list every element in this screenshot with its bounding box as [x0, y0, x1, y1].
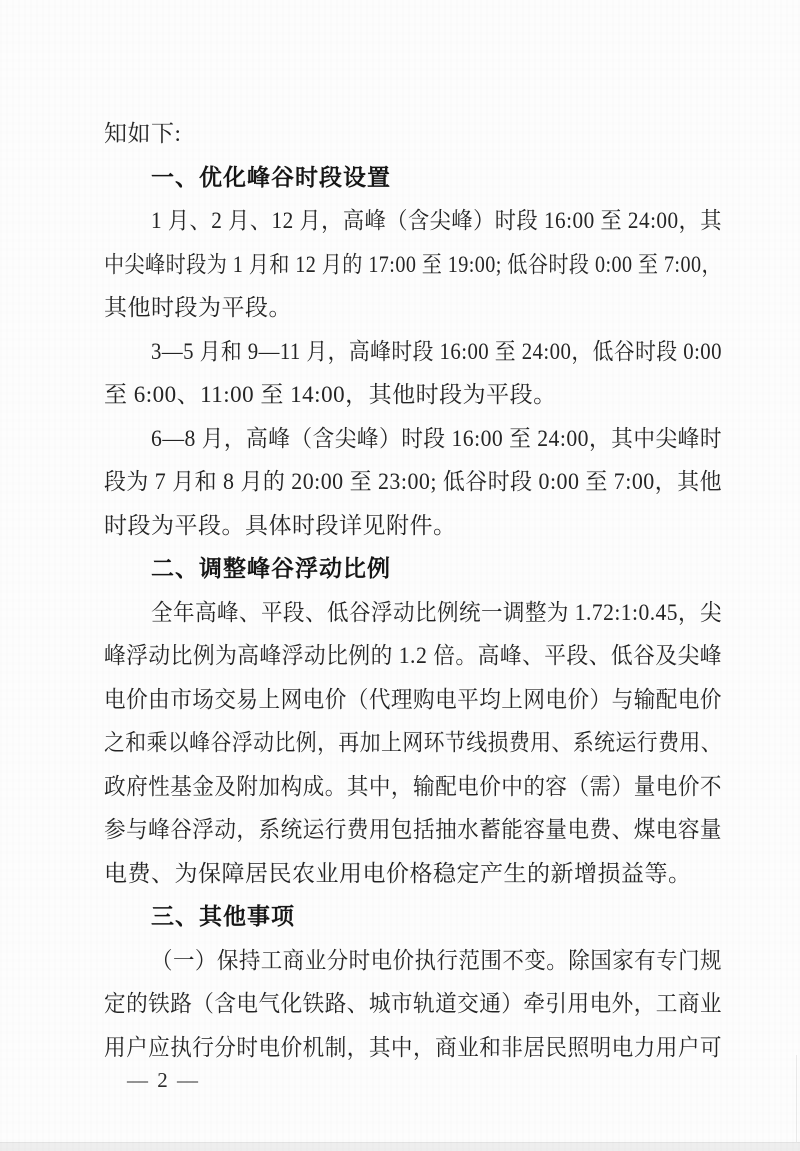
paragraph-line: 至 6:00、11:00 至 14:00，其他时段为平段。 [104, 371, 722, 415]
paragraph-line: 6—8 月，高峰（含尖峰）时段 16:00 至 24:00，其中尖峰时 [104, 415, 722, 459]
paragraph-line: 定的铁路（含电气化铁路、城市轨道交通）牵引用电外，工商业 [104, 980, 722, 1024]
scan-edge-line [796, 1055, 797, 1142]
paragraph-line: 知如下: [104, 110, 722, 154]
paragraph-line: 峰浮动比例为高峰浮动比例的 1.2 倍。高峰、平段、低谷及尖峰 [104, 632, 722, 676]
paragraph-line: 电价由市场交易上网电价（代理购电平均上网电价）与输配电价 [104, 676, 722, 720]
paragraph-line: 3—5 月和 9—11 月，高峰时段 16:00 至 24:00，低谷时段 0:… [104, 328, 722, 372]
paragraph-line: 之和乘以峰谷浮动比例，再加上网环节线损费用、系统运行费用、 [104, 719, 722, 763]
section-heading-3: 三、其他事项 [104, 893, 722, 937]
paragraph-line: 全年高峰、平段、低谷浮动比例统一调整为 1.72:1:0.45，尖 [104, 589, 722, 633]
paragraph-line: （一）保持工商业分时电价执行范围不变。除国家有专门规 [104, 937, 722, 981]
section-heading-2: 二、调整峰谷浮动比例 [104, 545, 722, 589]
section-heading-1: 一、优化峰谷时段设置 [104, 154, 722, 198]
page-number: — 2 — [127, 1068, 200, 1093]
paragraph-line: 段为 7 月和 8 月的 20:00 至 23:00; 低谷时段 0:00 至 … [104, 458, 722, 502]
paragraph-line: 时段为平段。具体时段详见附件。 [104, 502, 722, 546]
paragraph-line: 中尖峰时段为 1 月和 12 月的 17:00 至 19:00; 低谷时段 0:… [104, 241, 722, 285]
paragraph-line: 用户应执行分时电价机制，其中，商业和非居民照明电力用户可 [104, 1024, 722, 1068]
scan-bottom-edge [0, 1142, 800, 1151]
document-body: 知如下: 一、优化峰谷时段设置 1 月、2 月、12 月，高峰（含尖峰）时段 1… [104, 110, 722, 1067]
paragraph-line: 参与峰谷浮动，系统运行费用包括抽水蓄能容量电费、煤电容量 [104, 806, 722, 850]
paragraph-line: 政府性基金及附加构成。其中，输配电价中的容（需）量电价不 [104, 763, 722, 807]
paragraph-line: 其他时段为平段。 [104, 284, 722, 328]
paragraph-line: 电费、为保障居民农业用电价格稳定产生的新增损益等。 [104, 850, 722, 894]
paragraph-line: 1 月、2 月、12 月，高峰（含尖峰）时段 16:00 至 24:00，其 [104, 197, 722, 241]
scanned-document-page: 知如下: 一、优化峰谷时段设置 1 月、2 月、12 月，高峰（含尖峰）时段 1… [0, 0, 800, 1151]
